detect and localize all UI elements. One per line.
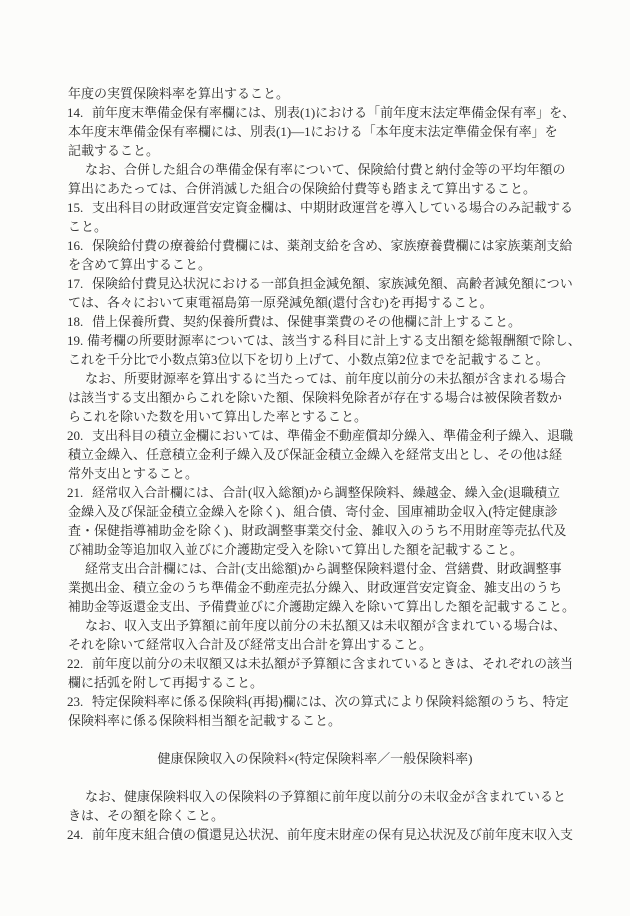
line-text: きは、その額を除くこと。: [68, 808, 224, 823]
line-text: 前年度末組合債の償還見込状況、前年度末財産の保有見込状況及び前年度末収入支: [92, 827, 573, 842]
text-line: 記載すること。: [0, 141, 630, 160]
numbered-item-line: 17.保険給付費見込状況における一部負担金減免額、家族減免額、高齢者減免額につい: [0, 274, 630, 293]
line-text: 経常支出合計欄には、合計(支出総額)から調整保険料還付金、営繕費、財政調整事: [85, 561, 562, 576]
line-text: なお、合併した組合の準備金保有率について、保険給付費と納付金等の平均年額の: [85, 162, 565, 177]
item-number: 23.: [67, 692, 92, 711]
numbered-item-line: 18.借上保養所費、契約保養所費は、保健事業費のその他欄に計上すること。: [0, 312, 630, 331]
line-text: 業拠出金、積立金のうち準備金不動産売払分繰入、財政運営安定資金、雑支出のうち: [68, 580, 562, 595]
numbered-item-line: 21.経常収入合計欄には、合計(収入総額)から調整保険料、繰越金、繰入金(退職積…: [0, 483, 630, 502]
line-text: こと。: [68, 219, 107, 234]
line-text: なお、所要財源率を算出するに当たっては、前年度以前分の未払額が含まれる場合: [85, 371, 566, 386]
text-line: 業拠出金、積立金のうち準備金不動産売払分繰入、財政運営安定資金、雑支出のうち: [0, 578, 630, 597]
numbered-item-line: 14.前年度末準備金保有率欄には、別表(1)における「前年度末法定準備金保有率」…: [0, 103, 630, 122]
line-text: 保険給付費の療養給付費欄には、薬剤支給を含め、家族療養費欄には家族薬剤支給: [92, 238, 572, 253]
text-line: 金繰入及び保証金積立金繰入を除く)、組合債、寄付金、国庫補助金収入(特定健康診: [0, 502, 630, 521]
text-line: 本年度末準備金保有率欄には、別表(1)―1における「本年度末法定準備金保有率」を: [0, 122, 630, 141]
text-line: 算出にあたっては、合併消滅した組合の保険給付費等も踏まえて算出すること。: [0, 179, 630, 198]
line-text: 借上保養所費、契約保養所費は、保健事業費のその他欄に計上すること。: [92, 314, 521, 329]
text-line: 欄に括弧を附して再掲すること。: [0, 673, 630, 692]
document-page: 年度の実質保険料率を算出すること。14.前年度末準備金保有率欄には、別表(1)に…: [0, 0, 630, 916]
line-text: なお、健康保険料収入の保険料の予算額に前年度以前分の未収金が含まれていると: [85, 789, 566, 804]
text-line: なお、健康保険料収入の保険料の予算額に前年度以前分の未収金が含まれていると: [0, 787, 630, 806]
numbered-item-line: 20.支出科目の積立金欄においては、準備金不動産償却分繰入、準備金利子繰入、退職: [0, 426, 630, 445]
numbered-item-line: 16.保険給付費の療養給付費欄には、薬剤支給を含め、家族療養費欄には家族薬剤支給: [0, 236, 630, 255]
line-text: らこれを除いた数を用いて算出した率とすること。: [68, 409, 367, 424]
line-text: 常外支出とすること。: [68, 466, 198, 481]
line-text: 前年度末準備金保有率欄には、別表(1)における「前年度末法定準備金保有率」を、: [92, 105, 575, 120]
text-line: それを除いて経常収入合計及び経常支出合計を算出すること。: [0, 635, 630, 654]
numbered-item-line: 19.備考欄の所要財源率については、該当する科目に計上する支出額を総報酬額で除し…: [0, 331, 630, 350]
text-line: は該当する支出額からこれを除いた額、保険料免除者が存在する場合は被保険者数か: [0, 388, 630, 407]
text-line: なお、収入支出予算額に前年度以前分の未払額又は未収額が含まれている場合は、: [0, 616, 630, 635]
line-text: を含めて算出すること。: [68, 257, 211, 272]
item-number: 21.: [67, 483, 92, 502]
item-number: 24.: [67, 825, 92, 844]
text-line: こと。: [0, 217, 630, 236]
blank-line: [0, 768, 630, 787]
line-text: それを除いて経常収入合計及び経常支出合計を算出すること。: [68, 637, 432, 652]
line-text: 保険料率に係る保険料相当額を記載すること。: [68, 713, 341, 728]
text-line: 常外支出とすること。: [0, 464, 630, 483]
text-line: び補助金等追加収入並びに介護勘定受入を除いて算出した額を記載すること。: [0, 540, 630, 559]
text-line: これを千分比で小数点第3位以下を切り上げて、小数点第2位までを記載すること。: [0, 350, 630, 369]
item-number: 14.: [67, 103, 92, 122]
item-number: 20.: [67, 426, 92, 445]
line-text: 積立金繰入、任意積立金利子繰入及び保証金積立金繰入を経常支出とし、その他は経: [68, 447, 562, 462]
text-line: 年度の実質保険料率を算出すること。: [0, 84, 630, 103]
blank-line: [0, 730, 630, 749]
item-number: 17.: [67, 274, 92, 293]
line-text: は該当する支出額からこれを除いた額、保険料免除者が存在する場合は被保険者数か: [68, 390, 562, 405]
numbered-item-line: 22.前年度以前分の未収額又は未払額が予算額に含まれているときは、それぞれの該当: [0, 654, 630, 673]
text-line: 補助金等返還金支出、予備費並びに介護勘定繰入を除いて算出した額を記載すること。: [0, 597, 630, 616]
numbered-item-line: 23.特定保険料率に係る保険料(再掲)欄には、次の算式により保険料総額のうち、特…: [0, 692, 630, 711]
line-text: 本年度末準備金保有率欄には、別表(1)―1における「本年度末法定準備金保有率」を: [68, 124, 558, 139]
line-text: 前年度以前分の未収額又は未払額が予算額に含まれているときは、それぞれの該当: [92, 656, 573, 671]
text-line: なお、合併した組合の準備金保有率について、保険給付費と納付金等の平均年額の: [0, 160, 630, 179]
line-text: 年度の実質保険料率を算出すること。: [68, 86, 289, 101]
line-text: 支出科目の積立金欄においては、準備金不動産償却分繰入、準備金利子繰入、退職: [92, 428, 573, 443]
line-text: 経常収入合計欄には、合計(収入総額)から調整保険料、繰越金、繰入金(退職積立: [92, 485, 560, 500]
text-line: らこれを除いた数を用いて算出した率とすること。: [0, 407, 630, 426]
line-text: 補助金等返還金支出、予備費並びに介護勘定繰入を除いて算出した額を記載すること。: [68, 599, 575, 614]
numbered-item-line: 24.前年度末組合債の償還見込状況、前年度末財産の保有見込状況及び前年度末収入支: [0, 825, 630, 844]
item-number: 19.: [67, 331, 87, 350]
line-text: ては、各々において東電福島第一原発減免額(還付含む)を再掲すること。: [68, 295, 493, 310]
text-line: ては、各々において東電福島第一原発減免額(還付含む)を再掲すること。: [0, 293, 630, 312]
item-number: 15.: [67, 198, 92, 217]
text-line: 保険料率に係る保険料相当額を記載すること。: [0, 711, 630, 730]
text-line: きは、その額を除くこと。: [0, 806, 630, 825]
text-line: 査・保健指導補助金を除く)、財政調整事業交付金、雑収入のうち不用財産等売払代及: [0, 521, 630, 540]
document-body: 年度の実質保険料率を算出すること。14.前年度末準備金保有率欄には、別表(1)に…: [0, 84, 630, 844]
line-text: び補助金等追加収入並びに介護勘定受入を除いて算出した額を記載すること。: [68, 542, 523, 557]
item-number: 18.: [67, 312, 92, 331]
line-text: 支出科目の財政運営安定資金欄は、中期財政運営を導入している場合のみ記載する: [92, 200, 573, 215]
line-text: 査・保健指導補助金を除く)、財政調整事業交付金、雑収入のうち不用財産等売払代及: [68, 523, 566, 538]
line-text: 保険給付費見込状況における一部負担金減免額、家族減免額、高齢者減免額につい: [92, 276, 573, 291]
line-text: 金繰入及び保証金積立金繰入を除く)、組合債、寄付金、国庫補助金収入(特定健康診: [68, 504, 558, 519]
line-text: 欄に括弧を附して再掲すること。: [68, 675, 263, 690]
line-text: 記載すること。: [68, 143, 159, 158]
numbered-item-line: 15.支出科目の財政運営安定資金欄は、中期財政運営を導入している場合のみ記載する: [0, 198, 630, 217]
line-text: 算出にあたっては、合併消滅した組合の保険給付費等も踏まえて算出すること。: [68, 181, 536, 196]
formula-line: 健康保険収入の保険料×(特定保険料率／一般保険料率): [0, 749, 630, 768]
line-text: これを千分比で小数点第3位以下を切り上げて、小数点第2位までを記載すること。: [68, 352, 549, 367]
line-text: 特定保険料率に係る保険料(再掲)欄には、次の算式により保険料総額のうち、特定: [92, 694, 569, 709]
item-number: 16.: [67, 236, 92, 255]
line-text: 備考欄の所要財源率については、該当する科目に計上する支出額を総報酬額で除し、: [87, 333, 581, 348]
item-number: 22.: [67, 654, 92, 673]
text-line: 経常支出合計欄には、合計(支出総額)から調整保険料還付金、営繕費、財政調整事: [0, 559, 630, 578]
line-text: 健康保険収入の保険料×(特定保険料率／一般保険料率): [158, 751, 473, 766]
line-text: なお、収入支出予算額に前年度以前分の未払額又は未収額が含まれている場合は、: [85, 618, 566, 633]
text-line: なお、所要財源率を算出するに当たっては、前年度以前分の未払額が含まれる場合: [0, 369, 630, 388]
text-line: を含めて算出すること。: [0, 255, 630, 274]
text-line: 積立金繰入、任意積立金利子繰入及び保証金積立金繰入を経常支出とし、その他は経: [0, 445, 630, 464]
